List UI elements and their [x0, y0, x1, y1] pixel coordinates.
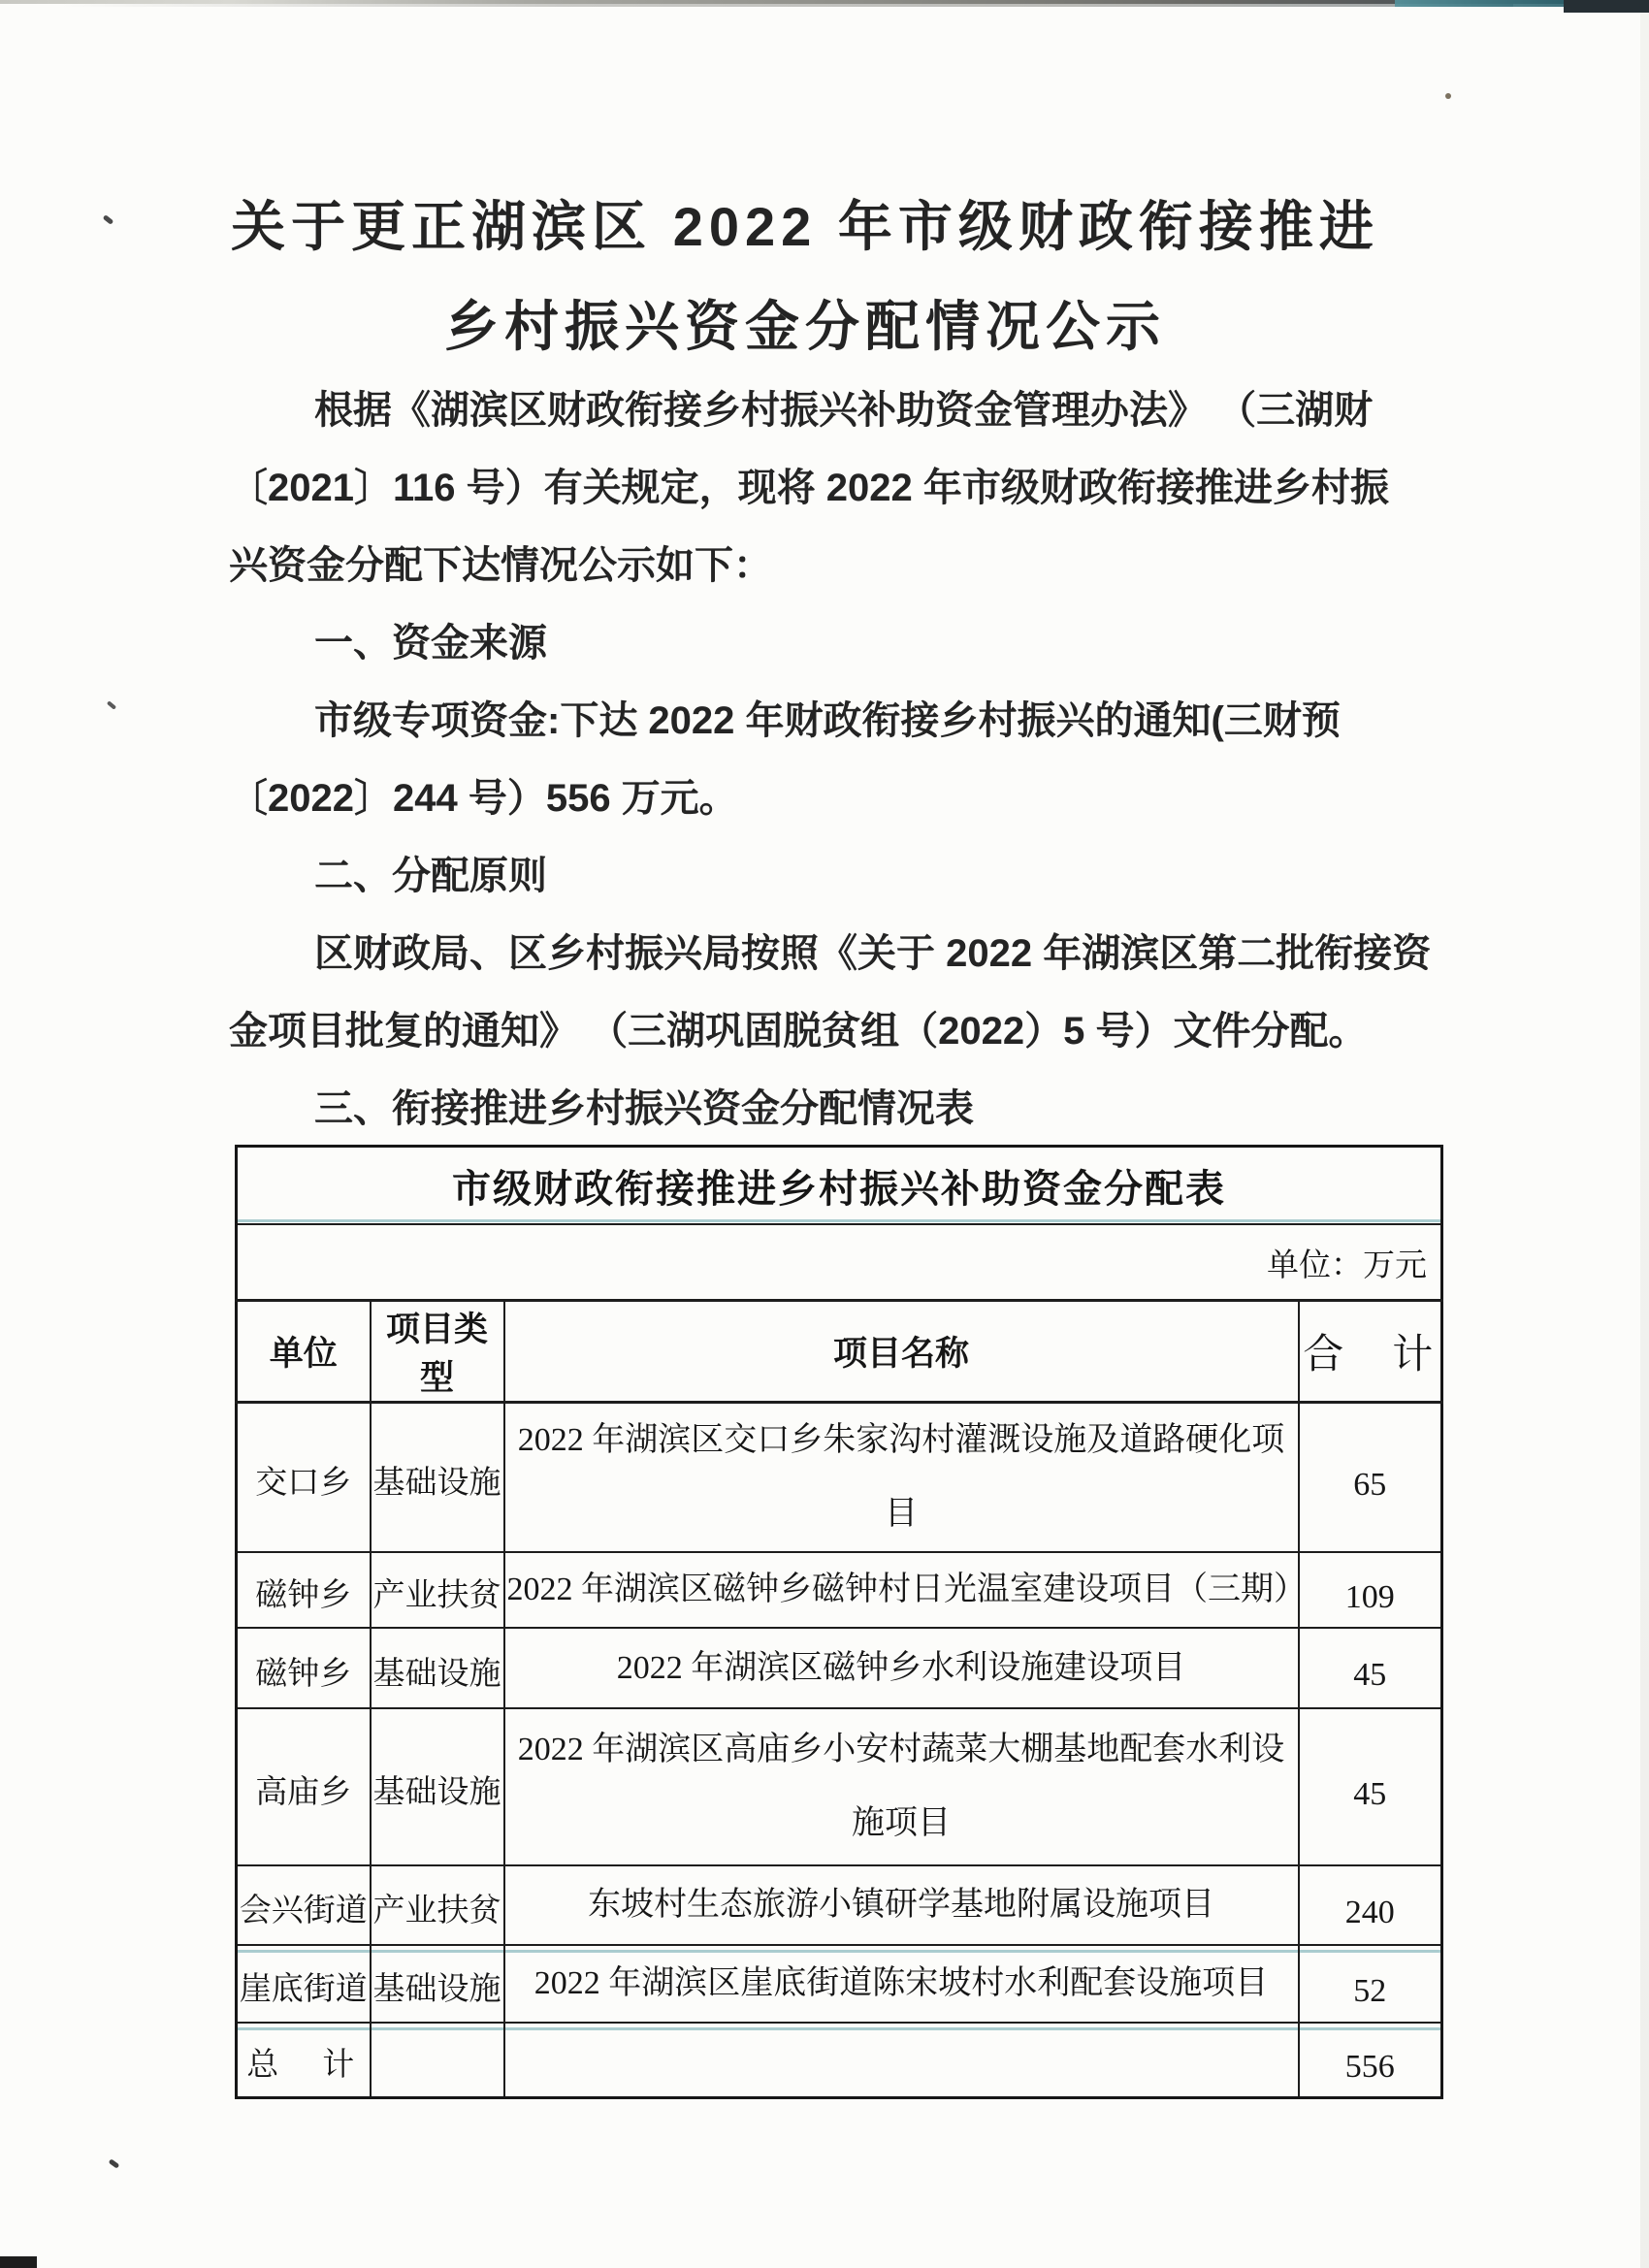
table-title: 市级财政衔接推进乡村振兴补助资金分配表 — [237, 1147, 1442, 1225]
scan-corner-bottom-left — [0, 2256, 37, 2268]
cell-name: 2022 年湖滨区高庙乡小安村蔬菜大棚基地配套水利设施项目 — [504, 1708, 1299, 1865]
intro-line: 兴资金分配下达情况公示如下： — [229, 527, 1502, 604]
cell-unit: 总 计 — [237, 2023, 371, 2097]
cell-name: 2022 年湖滨区崖底街道陈宋坡村水利配套设施项目 — [504, 1945, 1299, 2023]
table-row: 高庙乡 基础设施 2022 年湖滨区高庙乡小安村蔬菜大棚基地配套水利设施项目 4… — [237, 1708, 1442, 1865]
scan-speck — [103, 214, 114, 225]
table-row: 交口乡 基础设施 2022 年湖滨区交口乡朱家沟村灌溉设施及道路硬化项目 65 — [237, 1403, 1442, 1553]
section1-line: 市级专项资金:下达 2022 年财政衔接乡村振兴的通知(三财预 — [229, 682, 1502, 760]
scan-speck — [107, 700, 116, 709]
cell-name — [504, 2023, 1299, 2097]
table-row: 磁钟乡 基础设施 2022 年湖滨区磁钟乡水利设施建设项目 45 — [237, 1628, 1442, 1708]
cell-total: 556 — [1299, 2023, 1442, 2097]
document-body: 根据《湖滨区财政衔接乡村振兴补助资金管理办法》 （三湖财 〔2021〕116 号… — [229, 372, 1502, 1148]
cell-type: 基础设施 — [371, 1403, 504, 1553]
document-title: 关于更正湖滨区 2022 年市级财政衔接推进 乡村振兴资金分配情况公示 — [175, 177, 1436, 376]
column-header-name: 项目名称 — [504, 1301, 1299, 1403]
cell-unit: 磁钟乡 — [237, 1628, 371, 1708]
intro-line: 根据《湖滨区财政衔接乡村振兴补助资金管理办法》 （三湖财 — [229, 372, 1502, 449]
cell-total: 109 — [1299, 1552, 1442, 1628]
cell-total: 45 — [1299, 1628, 1442, 1708]
column-header-type: 项目类型 — [371, 1301, 504, 1403]
allocation-table: 市级财政衔接推进乡村振兴补助资金分配表 单位：万元 单位 项目类型 项目名称 合… — [235, 1145, 1443, 2099]
cell-type — [371, 2023, 504, 2097]
section2-heading: 二、分配原则 — [229, 837, 1502, 915]
scan-edge-right — [1640, 0, 1649, 2268]
column-header-total: 合 计 — [1299, 1301, 1442, 1403]
section2-line: 金项目批复的通知》 （三湖巩固脱贫组（2022）5 号）文件分配。 — [229, 992, 1502, 1070]
cell-name: 2022 年湖滨区磁钟乡磁钟村日光温室建设项目（三期） — [504, 1552, 1299, 1628]
cell-unit: 交口乡 — [237, 1403, 371, 1553]
intro-line: 〔2021〕116 号）有关规定，现将 2022 年市级财政衔接推进乡村振 — [229, 449, 1502, 527]
scan-speck — [109, 2158, 120, 2169]
scan-edge-left — [0, 0, 13, 2268]
section1-heading: 一、资金来源 — [229, 604, 1502, 682]
table-unit-note: 单位：万元 — [237, 1224, 1442, 1301]
cell-total: 65 — [1299, 1403, 1442, 1553]
cell-type: 产业扶贫 — [371, 1865, 504, 1945]
section3-heading: 三、衔接推进乡村振兴资金分配情况表 — [229, 1070, 1502, 1148]
section1-line: 〔2022〕244 号）556 万元。 — [229, 760, 1502, 837]
cell-unit: 磁钟乡 — [237, 1552, 371, 1628]
column-header-unit: 单位 — [237, 1301, 371, 1403]
cell-total: 240 — [1299, 1865, 1442, 1945]
table-row: 磁钟乡 产业扶贫 2022 年湖滨区磁钟乡磁钟村日光温室建设项目（三期） 109 — [237, 1552, 1442, 1628]
scan-speck — [1445, 93, 1451, 99]
document-title-line1: 关于更正湖滨区 2022 年市级财政衔接推进 — [175, 177, 1436, 276]
cell-name: 2022 年湖滨区交口乡朱家沟村灌溉设施及道路硬化项目 — [504, 1403, 1299, 1553]
cell-type: 基础设施 — [371, 1628, 504, 1708]
scan-edge-top-haze — [58, 4, 1513, 7]
cell-unit: 会兴街道 — [237, 1865, 371, 1945]
cell-total: 52 — [1299, 1945, 1442, 2023]
cell-type: 产业扶贫 — [371, 1552, 504, 1628]
cell-unit: 崖底街道 — [237, 1945, 371, 2023]
cell-total: 45 — [1299, 1708, 1442, 1865]
scanned-document-page: 关于更正湖滨区 2022 年市级财政衔接推进 乡村振兴资金分配情况公示 根据《湖… — [0, 0, 1649, 2268]
section2-line: 区财政局、区乡村振兴局按照《关于 2022 年湖滨区第二批衔接资 — [229, 915, 1502, 992]
cell-unit: 高庙乡 — [237, 1708, 371, 1865]
cell-type: 基础设施 — [371, 1708, 504, 1865]
scan-corner-top-right — [1564, 0, 1649, 13]
cell-name: 2022 年湖滨区磁钟乡水利设施建设项目 — [504, 1628, 1299, 1708]
table-row: 会兴街道 产业扶贫 东坡村生态旅游小镇研学基地附属设施项目 240 — [237, 1865, 1442, 1945]
table-row: 崖底街道 基础设施 2022 年湖滨区崖底街道陈宋坡村水利配套设施项目 52 — [237, 1945, 1442, 2023]
document-title-line2: 乡村振兴资金分配情况公示 — [175, 276, 1436, 376]
cell-name: 东坡村生态旅游小镇研学基地附属设施项目 — [504, 1865, 1299, 1945]
scan-teal-band — [1395, 0, 1569, 7]
cell-type: 基础设施 — [371, 1945, 504, 2023]
table-header-row: 单位 项目类型 项目名称 合 计 — [237, 1301, 1442, 1403]
table-row-grand-total: 总 计 556 — [237, 2023, 1442, 2097]
